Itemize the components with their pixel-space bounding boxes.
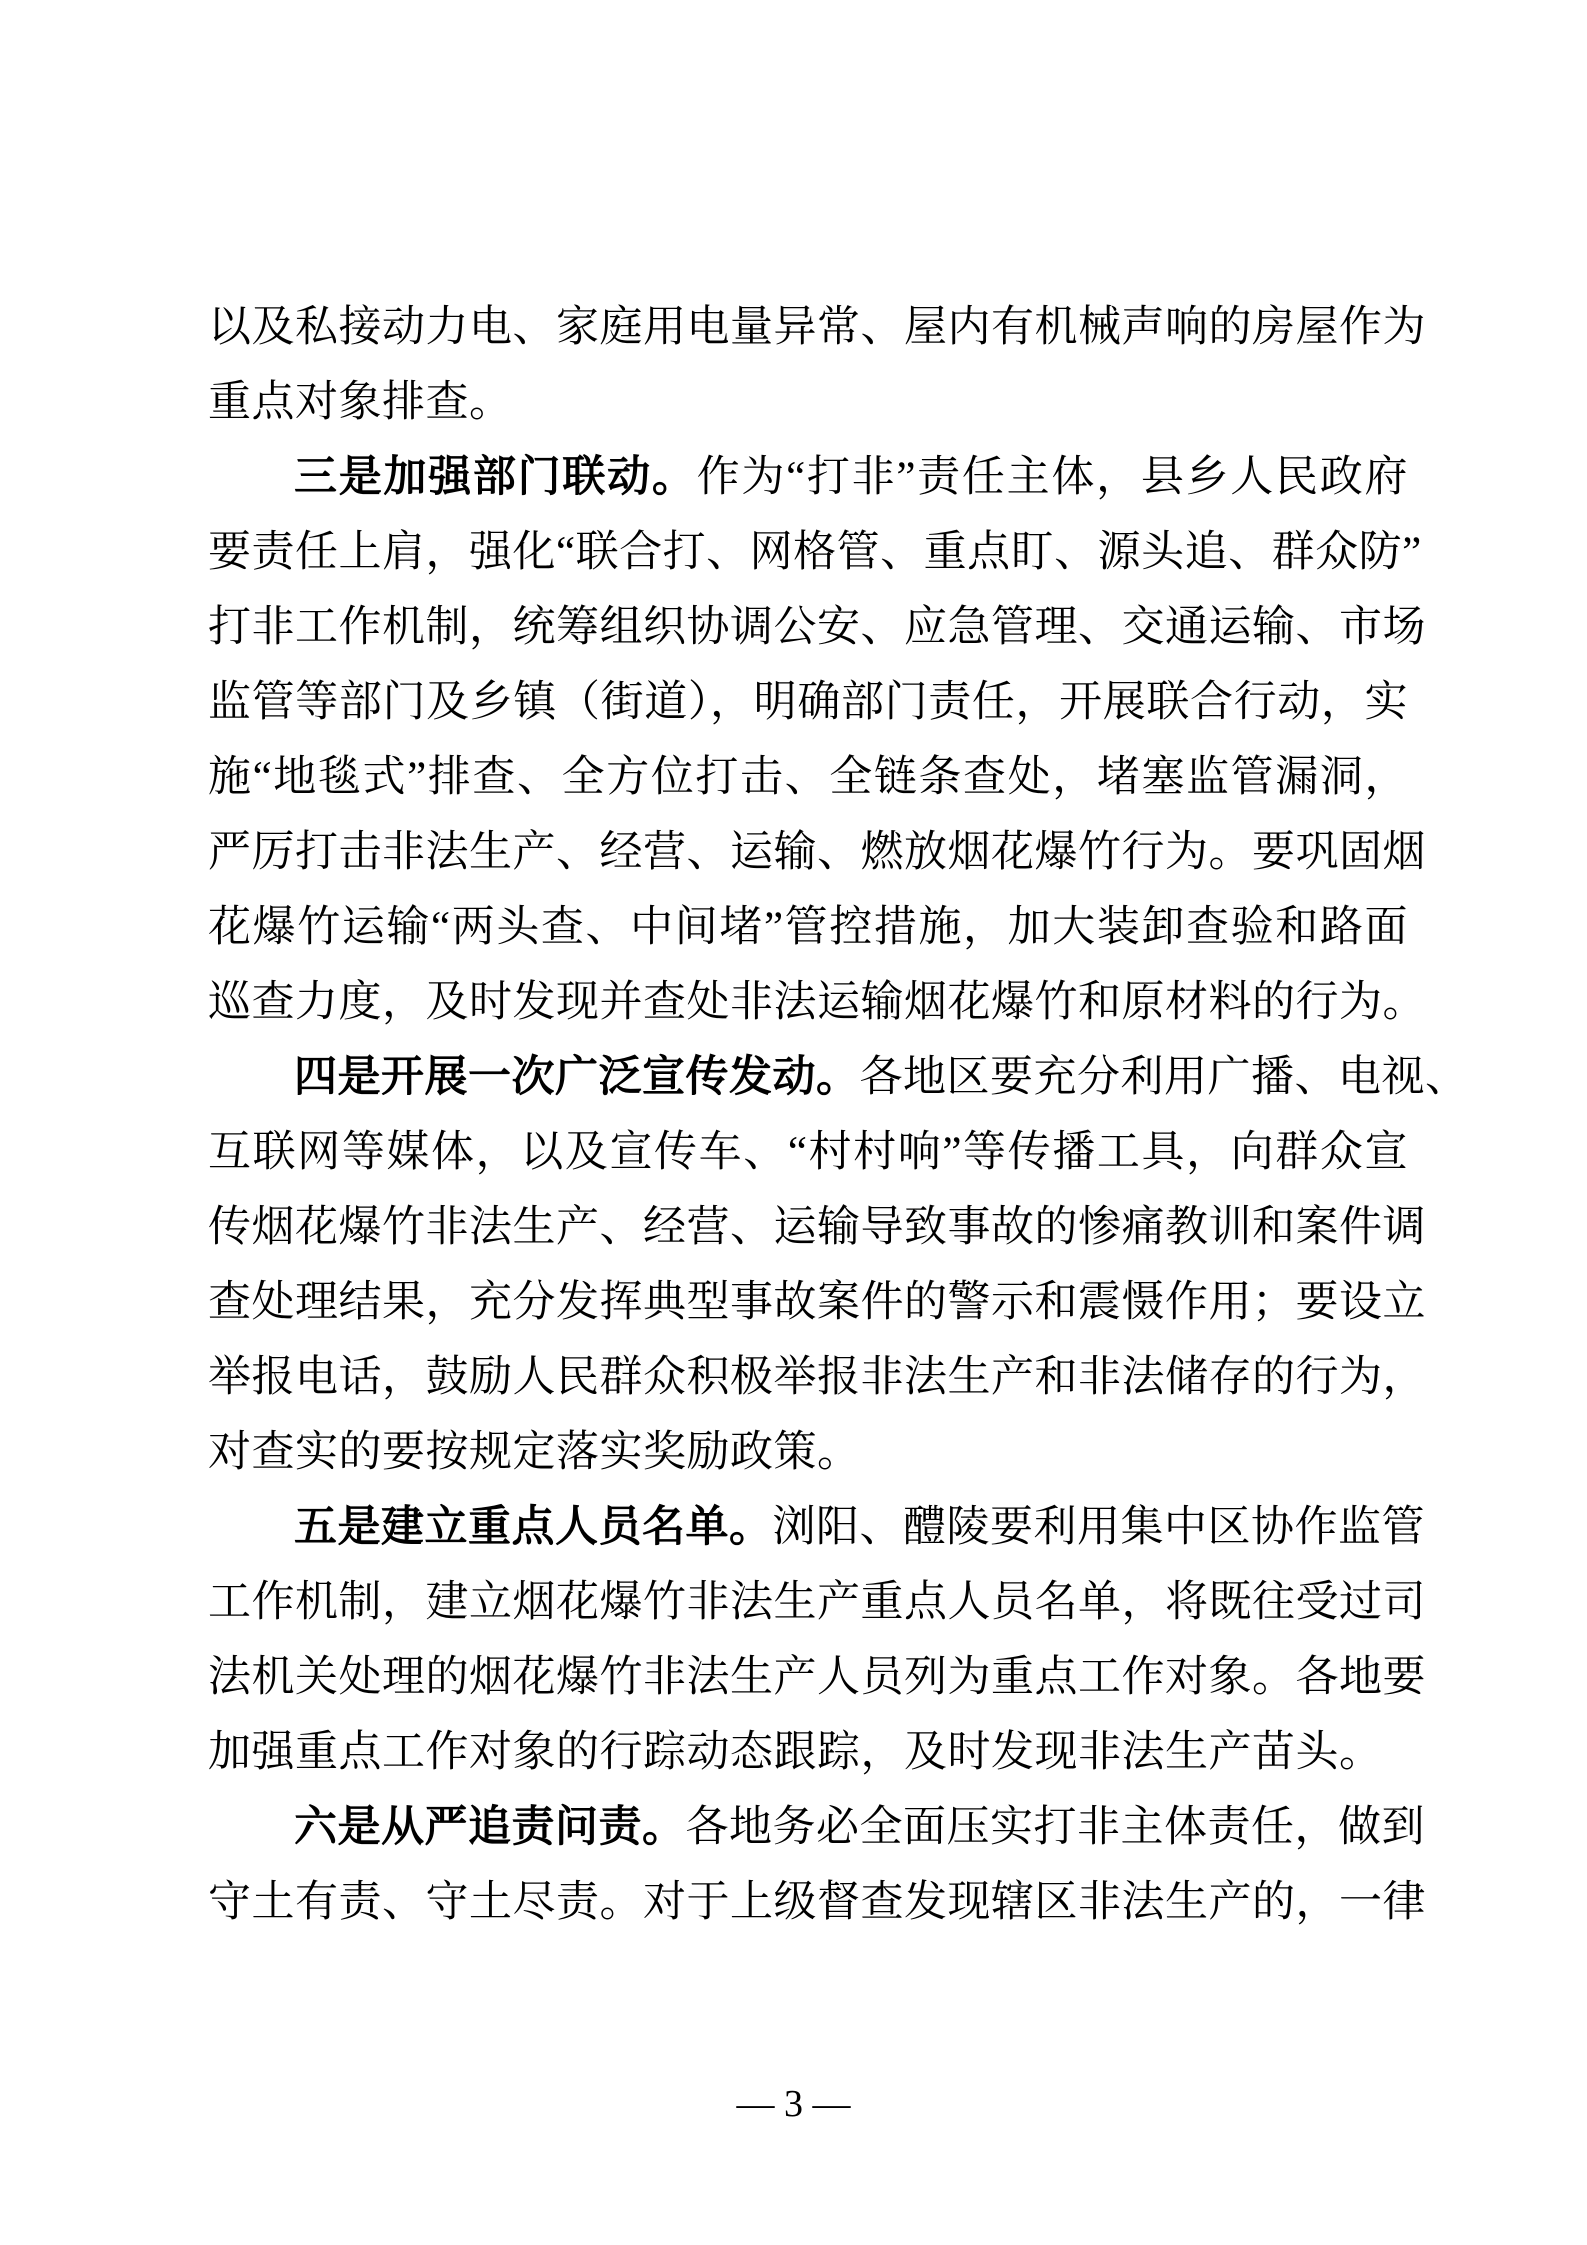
line-text: 举报电话，鼓励人民群众积极举报非法生产和非法储存的行为， [208, 1354, 1426, 1401]
text-line: 重点对象排查。 [208, 365, 1408, 440]
line-text: 法机关处理的烟花爆竹非法生产人员列为重点工作对象。各地要 [208, 1654, 1426, 1701]
text-line: 严厉打击非法生产、经营、运输、燃放烟花爆竹行为。要巩固烟 [208, 815, 1408, 890]
line-text: 重点对象排查。 [208, 379, 513, 426]
paragraph-lead: 三是加强部门联动。 [294, 454, 697, 501]
line-text: 守土有责、守土尽责。对于上级督查发现辖区非法生产的，一律 [208, 1879, 1426, 1926]
line-text: 对查实的要按规定落实奖励政策。 [208, 1429, 861, 1476]
line-text: 打非工作机制，统筹组织协调公安、应急管理、交通运输、市场 [208, 604, 1426, 651]
text-line: 传烟花爆竹非法生产、经营、运输导致事故的惨痛教训和案件调 [208, 1190, 1408, 1265]
paragraph-lead: 六是从严追责问责。 [294, 1804, 686, 1851]
text-line: 以及私接动力电、家庭用电量异常、屋内有机械声响的房屋作为 [208, 290, 1408, 365]
line-text: 浏阳、醴陵要利用集中区协作监管 [773, 1504, 1426, 1551]
text-line: 工作机制，建立烟花爆竹非法生产重点人员名单，将既往受过司 [208, 1565, 1408, 1640]
text-line: 举报电话，鼓励人民群众积极举报非法生产和非法储存的行为， [208, 1340, 1408, 1415]
line-text: 花爆竹运输“两头查、中间堵”管控措施，加大装卸查验和路面 [208, 904, 1408, 951]
line-text: 互联网等媒体，以及宣传车、“村村响”等传播工具，向群众宣 [208, 1129, 1408, 1176]
paragraph-lead: 五是建立重点人员名单。 [294, 1504, 773, 1551]
line-text: 巡查力度，及时发现并查处非法运输烟花爆竹和原材料的行为。 [208, 979, 1426, 1026]
document-page: 以及私接动力电、家庭用电量异常、屋内有机械声响的房屋作为 重点对象排查。 三是加… [0, 0, 1587, 2245]
text-line: 施“地毯式”排查、全方位打击、全链条查处，堵塞监管漏洞， [208, 740, 1408, 815]
text-line paragraph-start: 四是开展一次广泛宣传发动。各地区要充分利用广播、电视、 [208, 1040, 1408, 1115]
text-line: 查处理结果，充分发挥典型事故案件的警示和震慑作用；要设立 [208, 1265, 1408, 1340]
page-number: — 3 — [0, 2082, 1587, 2126]
text-line: 互联网等媒体，以及宣传车、“村村响”等传播工具，向群众宣 [208, 1115, 1408, 1190]
document-body: 以及私接动力电、家庭用电量异常、屋内有机械声响的房屋作为 重点对象排查。 三是加… [208, 290, 1408, 1940]
line-text: 加强重点工作对象的行踪动态跟踪，及时发现非法生产苗头。 [208, 1729, 1383, 1776]
paragraph-lead: 四是开展一次广泛宣传发动。 [294, 1054, 860, 1101]
text-line: 花爆竹运输“两头查、中间堵”管控措施，加大装卸查验和路面 [208, 890, 1408, 965]
text-line: 要责任上肩，强化“联合打、网格管、重点盯、源头追、群众防” [208, 515, 1408, 590]
text-line: 守土有责、守土尽责。对于上级督查发现辖区非法生产的，一律 [208, 1865, 1408, 1940]
text-line: 对查实的要按规定落实奖励政策。 [208, 1415, 1408, 1490]
text-line: 打非工作机制，统筹组织协调公安、应急管理、交通运输、市场 [208, 590, 1408, 665]
line-text: 各地务必全面压实打非主体责任，做到 [686, 1804, 1426, 1851]
text-line: 加强重点工作对象的行踪动态跟踪，及时发现非法生产苗头。 [208, 1715, 1408, 1790]
line-text: 施“地毯式”排查、全方位打击、全链条查处，堵塞监管漏洞， [208, 754, 1408, 801]
line-text: 要责任上肩，强化“联合打、网格管、重点盯、源头追、群众防” [208, 529, 1422, 576]
line-text: 监管等部门及乡镇（街道），明确部门责任，开展联合行动，实 [208, 679, 1408, 726]
text-line paragraph-start: 三是加强部门联动。作为“打非”责任主体，县乡人民政府 [208, 440, 1408, 515]
line-text: 以及私接动力电、家庭用电量异常、屋内有机械声响的房屋作为 [208, 304, 1426, 351]
text-line: 监管等部门及乡镇（街道），明确部门责任，开展联合行动，实 [208, 665, 1408, 740]
line-text: 各地区要充分利用广播、电视、 [860, 1054, 1469, 1101]
line-text: 严厉打击非法生产、经营、运输、燃放烟花爆竹行为。要巩固烟 [208, 829, 1426, 876]
text-line paragraph-start: 六是从严追责问责。各地务必全面压实打非主体责任，做到 [208, 1790, 1408, 1865]
text-line: 巡查力度，及时发现并查处非法运输烟花爆竹和原材料的行为。 [208, 965, 1408, 1040]
text-line paragraph-start: 五是建立重点人员名单。浏阳、醴陵要利用集中区协作监管 [208, 1490, 1408, 1565]
line-text: 作为“打非”责任主体，县乡人民政府 [697, 454, 1408, 501]
line-text: 查处理结果，充分发挥典型事故案件的警示和震慑作用；要设立 [208, 1279, 1426, 1326]
line-text: 传烟花爆竹非法生产、经营、运输导致事故的惨痛教训和案件调 [208, 1204, 1426, 1251]
text-line: 法机关处理的烟花爆竹非法生产人员列为重点工作对象。各地要 [208, 1640, 1408, 1715]
line-text: 工作机制，建立烟花爆竹非法生产重点人员名单，将既往受过司 [208, 1579, 1426, 1626]
